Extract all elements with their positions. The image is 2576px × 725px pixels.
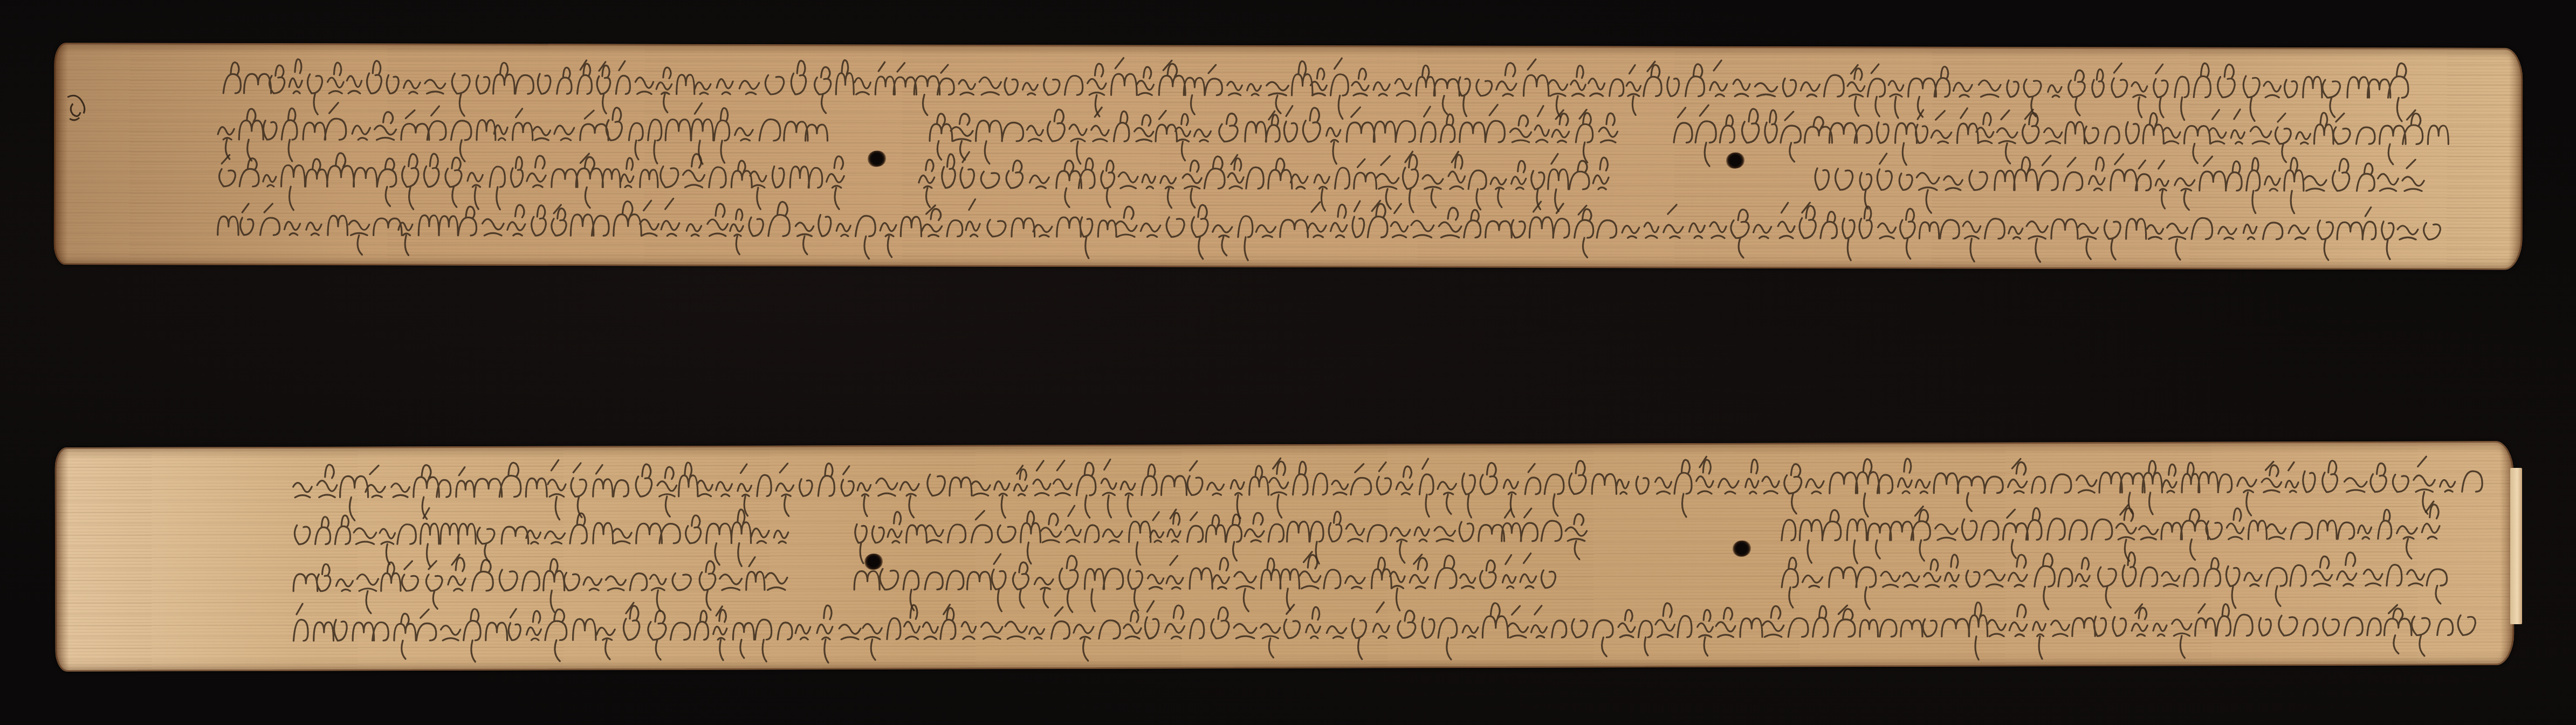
text-line-3-segment-3	[1780, 552, 2470, 602]
scorched-edge-left	[54, 447, 69, 672]
text-line-3-segment-1	[216, 153, 852, 203]
binding-hole-1	[868, 150, 886, 167]
text-line-3-segment-2	[852, 555, 1564, 605]
text-line-4-segment-1	[291, 602, 2481, 656]
scorched-edge-right	[2509, 48, 2523, 270]
text-line-2-segment-1	[216, 106, 847, 156]
text-line-3-segment-1	[291, 557, 798, 606]
binding-hole-1	[864, 554, 883, 570]
margin-leaf-number-glyph	[62, 92, 94, 129]
torn-leaf-sliver	[2510, 468, 2522, 624]
palm-leaf-top: Upper leaf	[54, 43, 2523, 270]
text-line-1-segment-1	[291, 458, 2491, 513]
text-line-3-segment-3	[1812, 156, 2437, 206]
text-line-2-segment-3	[1780, 505, 2459, 555]
text-line-2-segment-3	[1672, 109, 2454, 160]
binding-hole-2	[1726, 153, 1744, 169]
binding-hole-2	[1733, 541, 1751, 557]
text-line-2-segment-1	[291, 509, 798, 559]
text-line-2-segment-2	[852, 507, 1596, 558]
text-line-1-segment-1	[221, 59, 2427, 113]
text-line-3-segment-2	[917, 154, 1629, 204]
scorched-edge-left	[54, 43, 68, 265]
text-line-2-segment-2	[928, 108, 1623, 158]
palm-leaf-bottom: Lower leaf	[54, 441, 2514, 672]
text-line-4-segment-1	[216, 202, 2448, 255]
